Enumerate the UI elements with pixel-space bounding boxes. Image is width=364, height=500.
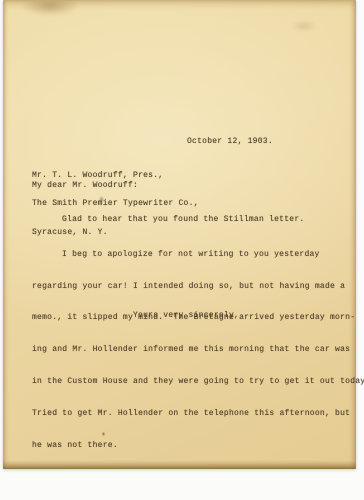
letter-paper: October 12, 1903. Mr. T. L. Woodruff, Pr… — [3, 0, 356, 469]
body-line: I beg to apologize for not writing to yo… — [32, 248, 364, 262]
recipient-name: Mr. T. L. Woodruff, Pres., — [32, 171, 199, 181]
body-line: Glad to hear that you found the Stillman… — [32, 213, 364, 227]
letter-date: October 12, 1903. — [187, 137, 273, 146]
paper-stain — [21, 1, 79, 16]
letter-body: Glad to hear that you found the Stillman… — [32, 195, 364, 470]
paper-stain — [291, 20, 317, 32]
closing: Yours very sincerely, — [133, 311, 239, 320]
salutation: My dear Mr. Woodruff: — [32, 181, 138, 190]
body-line: he was not there. — [32, 439, 364, 453]
body-line: regarding your car! I intended doing so,… — [32, 280, 364, 294]
body-line: Tried to get Mr. Hollender on the teleph… — [32, 407, 364, 421]
body-line: ing and Mr. Hollender informed me this m… — [32, 343, 364, 357]
scanned-letter-page: October 12, 1903. Mr. T. L. Woodruff, Pr… — [0, 0, 364, 500]
body-line: in the Custom House and they were going … — [32, 375, 364, 389]
